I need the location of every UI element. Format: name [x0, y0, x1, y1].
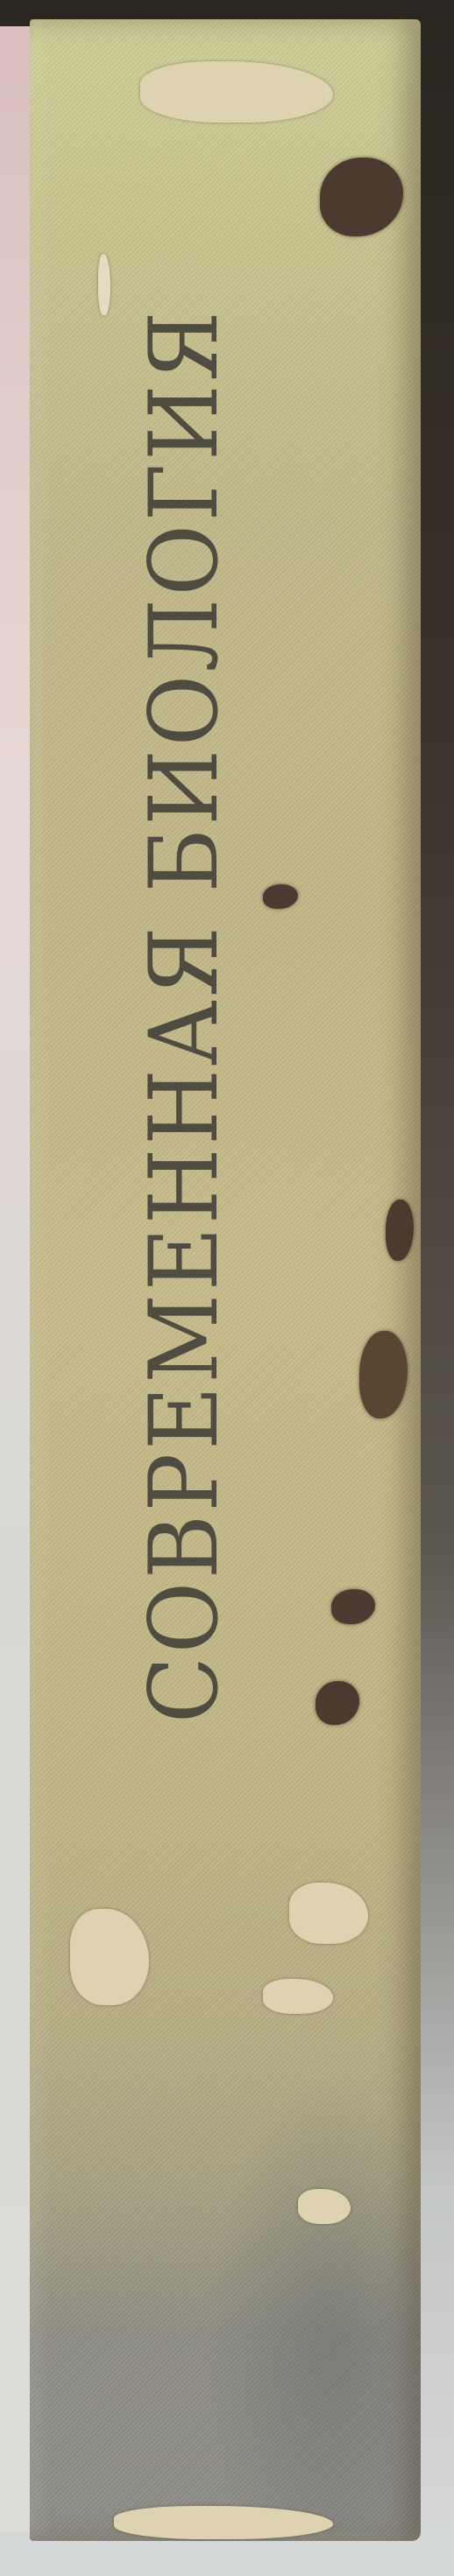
faded-area: [205, 2077, 415, 2532]
spine-title: СОВРЕМЕННАЯ БИОЛОГИЯ: [131, 182, 237, 1723]
spine-title-text: СОВРЕМЕННАЯ БИОЛОГИЯ: [130, 308, 239, 1723]
frayed-bottom-edge: [114, 2506, 333, 2539]
peeled-cloth: [263, 1979, 333, 2014]
peeled-cloth: [298, 2189, 351, 2224]
publisher-mark: [140, 1988, 193, 2233]
